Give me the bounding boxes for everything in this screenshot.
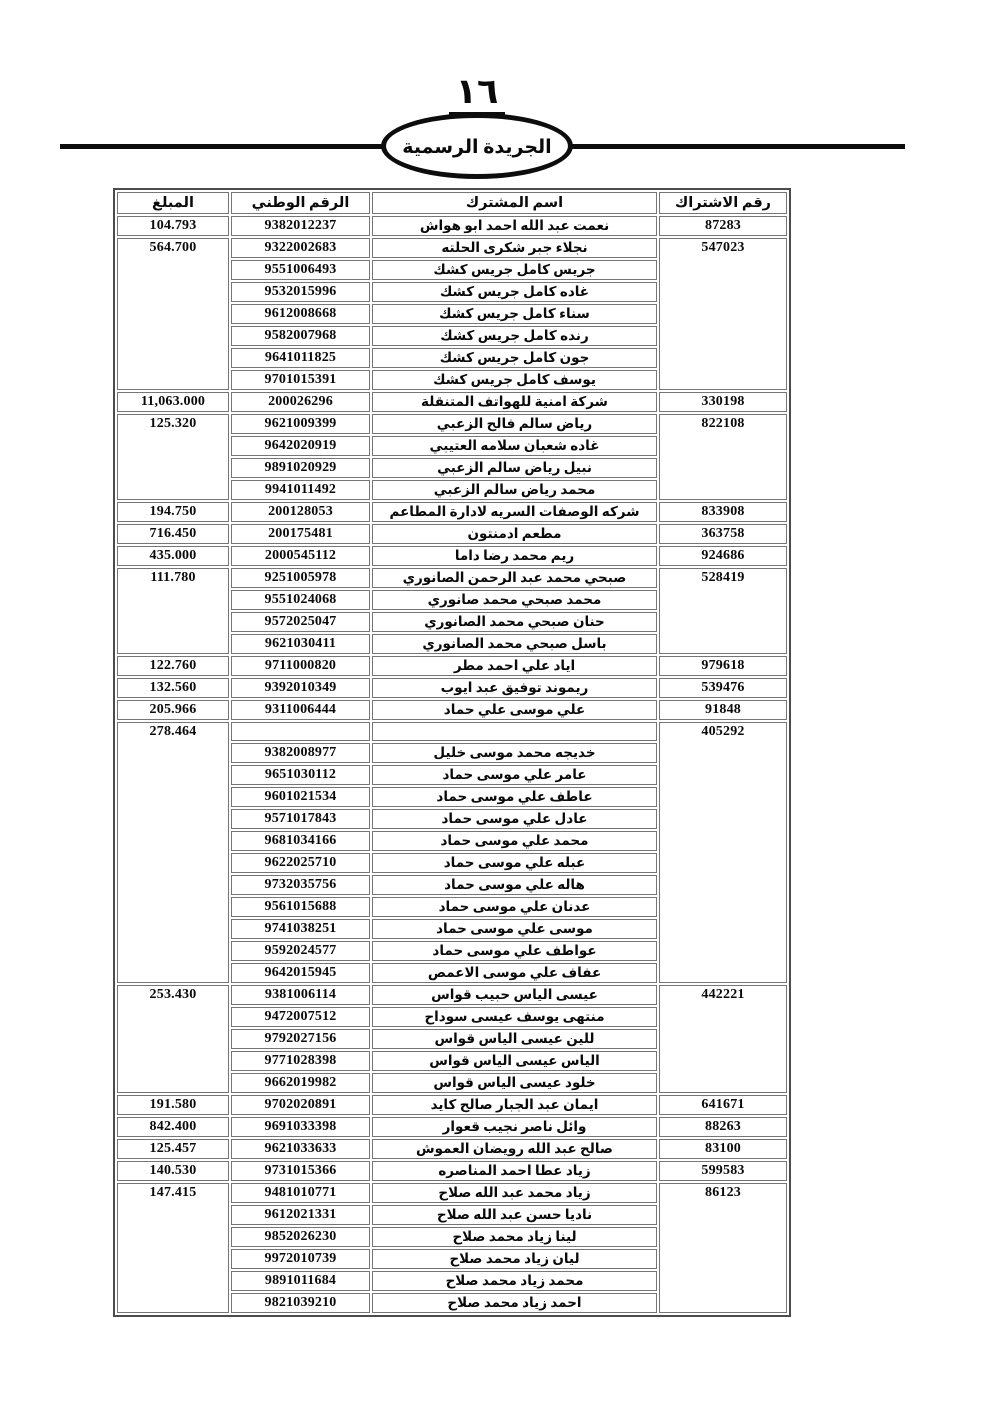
subscription-no-cell: 539476 — [659, 678, 787, 698]
subscriber-name-cell: احمد زياد محمد صلاح — [372, 1293, 657, 1313]
subscriber-name-cell: سناء كامل جريس كشك — [372, 304, 657, 324]
national-id-cell: 9651030112 — [231, 765, 370, 785]
amount-cell: 147.415 — [117, 1183, 229, 1313]
subscriber-name-cell: منتهى يوسف عيسى سوداح — [372, 1007, 657, 1027]
table-row: 528419صبحي محمد عبد الرحمن الصانوري92510… — [117, 568, 787, 588]
subscriber-name-cell: عادل علي موسى حماد — [372, 809, 657, 829]
national-id-cell: 2000545112 — [231, 546, 370, 566]
national-id-cell: 9382008977 — [231, 743, 370, 763]
subscription-no-cell: 641671 — [659, 1095, 787, 1115]
subscriber-name-cell — [372, 722, 657, 741]
subscriber-name-cell: زياد محمد عبد الله صلاح — [372, 1183, 657, 1203]
national-id-cell: 9821039210 — [231, 1293, 370, 1313]
table-row: 979618اياد علي احمد مطر9711000820122.760 — [117, 656, 787, 676]
subscriber-name-cell: اياد علي احمد مطر — [372, 656, 657, 676]
amount-cell: 435.000 — [117, 546, 229, 566]
table-row: 330198شركة امنية للهواتف المتنقلة2000262… — [117, 392, 787, 412]
table-row: 91848علي موسى علي حماد9311006444205.966 — [117, 700, 787, 720]
table-row: 833908شركه الوصفات السريه لادارة المطاعم… — [117, 502, 787, 522]
amount-cell: 842.400 — [117, 1117, 229, 1137]
col-header-amount: المبلغ — [117, 192, 229, 214]
subscriber-name-cell: عواطف علي موسى حماد — [372, 941, 657, 961]
subscriber-name-cell: ناديا حسن عبد الله صلاح — [372, 1205, 657, 1225]
amount-cell: 122.760 — [117, 656, 229, 676]
national-id-cell: 9691033398 — [231, 1117, 370, 1137]
subscriber-name-cell: جون كامل جريس كشك — [372, 348, 657, 368]
national-id-cell: 9592024577 — [231, 941, 370, 961]
subscription-no-cell: 924686 — [659, 546, 787, 566]
subscriber-name-cell: شركه الوصفات السريه لادارة المطاعم — [372, 502, 657, 522]
national-id-cell: 9741038251 — [231, 919, 370, 939]
subscriber-name-cell: محمد صبحي محمد صانوري — [372, 590, 657, 610]
national-id-cell: 9582007968 — [231, 326, 370, 346]
national-id-cell: 9891020929 — [231, 458, 370, 478]
subscriber-name-cell: خلود عيسى الياس قواس — [372, 1073, 657, 1093]
amount-cell: 11,063.000 — [117, 392, 229, 412]
national-id-cell: 9891011684 — [231, 1271, 370, 1291]
national-id-cell: 9322002683 — [231, 238, 370, 258]
page-number: ١٦ — [381, 74, 573, 117]
subscriber-name-cell: شركة امنية للهواتف المتنقلة — [372, 392, 657, 412]
subscriber-name-cell: وائل ناصر نجيب قعوار — [372, 1117, 657, 1137]
gazette-page: ١٦ الجريدة الرسمية رقم الاشتراك اسم المش… — [0, 0, 1000, 1414]
national-id-cell: 9641011825 — [231, 348, 370, 368]
table-row: 539476ريموند توفيق عبد ايوب9392010349132… — [117, 678, 787, 698]
table-row: 405292278.464 — [117, 722, 787, 741]
national-id-cell: 200128053 — [231, 502, 370, 522]
subscriber-name-cell: خديجه محمد موسى خليل — [372, 743, 657, 763]
subscription-no-cell: 979618 — [659, 656, 787, 676]
national-id-cell: 9642020919 — [231, 436, 370, 456]
table-row: 442221عيسى الياس حبيب قواس9381006114253.… — [117, 985, 787, 1005]
subscriber-name-cell: نعمت عبد الله احمد ابو هواش — [372, 216, 657, 236]
national-id-cell: 9572025047 — [231, 612, 370, 632]
subscription-no-cell: 83100 — [659, 1139, 787, 1159]
subscriber-name-cell: لينا زياد محمد صلاح — [372, 1227, 657, 1247]
gazette-banner-title: الجريدة الرسمية — [402, 134, 551, 159]
table-row: 924686ريم محمد رضا داما2000545112435.000 — [117, 546, 787, 566]
subscriber-name-cell: رياض سالم فالح الزعبي — [372, 414, 657, 434]
national-id-cell: 9792027156 — [231, 1029, 370, 1049]
amount-cell: 716.450 — [117, 524, 229, 544]
subscriber-name-cell: نجلاء جبر شكرى الحلته — [372, 238, 657, 258]
subscriber-name-cell: علي موسى علي حماد — [372, 700, 657, 720]
subscriber-name-cell: باسل صبحي محمد الصانوري — [372, 634, 657, 654]
national-id-cell: 9941011492 — [231, 480, 370, 500]
subscription-no-cell: 86123 — [659, 1183, 787, 1313]
subscriber-name-cell: عدنان علي موسى حماد — [372, 897, 657, 917]
subscription-no-cell: 442221 — [659, 985, 787, 1093]
national-id-cell: 9551006493 — [231, 260, 370, 280]
national-id-cell: 9392010349 — [231, 678, 370, 698]
subscriber-name-cell: ريموند توفيق عبد ايوب — [372, 678, 657, 698]
amount-cell: 564.700 — [117, 238, 229, 390]
amount-cell: 194.750 — [117, 502, 229, 522]
amount-cell: 104.793 — [117, 216, 229, 236]
subscriber-name-cell: جريس كامل جريس كشك — [372, 260, 657, 280]
national-id-cell: 9621033633 — [231, 1139, 370, 1159]
col-header-national-id: الرقم الوطني — [231, 192, 370, 214]
amount-cell: 140.530 — [117, 1161, 229, 1181]
national-id-cell: 9612008668 — [231, 304, 370, 324]
national-id-cell: 9612021331 — [231, 1205, 370, 1225]
national-id-cell: 9532015996 — [231, 282, 370, 302]
table-row: 83100صالح عبد الله رويضان العموش96210336… — [117, 1139, 787, 1159]
subscription-no-cell: 91848 — [659, 700, 787, 720]
national-id-cell: 9662019982 — [231, 1073, 370, 1093]
national-id-cell: 9601021534 — [231, 787, 370, 807]
subscriber-name-cell: هاله علي موسى حماد — [372, 875, 657, 895]
table-row: 641671ايمان عبد الجبار صالح كايد97020208… — [117, 1095, 787, 1115]
national-id-cell: 9621030411 — [231, 634, 370, 654]
national-id-cell — [231, 722, 370, 741]
table-row: 86123زياد محمد عبد الله صلاح948101077114… — [117, 1183, 787, 1203]
amount-cell: 253.430 — [117, 985, 229, 1093]
subscriber-name-cell: محمد رياض سالم الزعبي — [372, 480, 657, 500]
national-id-cell: 9622025710 — [231, 853, 370, 873]
subscription-no-cell: 547023 — [659, 238, 787, 390]
subscriber-name-cell: غاده كامل جريس كشك — [372, 282, 657, 302]
subscriber-name-cell: صالح عبد الله رويضان العموش — [372, 1139, 657, 1159]
col-header-subscription-no: رقم الاشتراك — [659, 192, 787, 214]
national-id-cell: 9642015945 — [231, 963, 370, 983]
col-header-subscriber-name: اسم المشترك — [372, 192, 657, 214]
subscriber-name-cell: رنده كامل جريس كشك — [372, 326, 657, 346]
national-id-cell: 9551024068 — [231, 590, 370, 610]
national-id-cell: 9561015688 — [231, 897, 370, 917]
subscription-no-cell: 822108 — [659, 414, 787, 500]
subscription-no-cell: 599583 — [659, 1161, 787, 1181]
subscriber-name-cell: عاطف علي موسى حماد — [372, 787, 657, 807]
subscribers-table-body: 87283نعمت عبد الله احمد ابو هواش93820122… — [117, 216, 787, 1313]
national-id-cell: 9711000820 — [231, 656, 370, 676]
subscription-no-cell: 330198 — [659, 392, 787, 412]
national-id-cell: 200175481 — [231, 524, 370, 544]
subscriber-name-cell: محمد زياد محمد صلاح — [372, 1271, 657, 1291]
subscriber-name-cell: للين عيسى الياس قواس — [372, 1029, 657, 1049]
subscriber-name-cell: ايمان عبد الجبار صالح كايد — [372, 1095, 657, 1115]
amount-cell: 125.320 — [117, 414, 229, 500]
table-row: 822108رياض سالم فالح الزعبي9621009399125… — [117, 414, 787, 434]
subscription-no-cell: 405292 — [659, 722, 787, 983]
subscription-no-cell: 87283 — [659, 216, 787, 236]
subscriber-name-cell: عامر علي موسى حماد — [372, 765, 657, 785]
amount-cell: 125.457 — [117, 1139, 229, 1159]
national-id-cell: 9381006114 — [231, 985, 370, 1005]
amount-cell: 278.464 — [117, 722, 229, 983]
amount-cell: 132.560 — [117, 678, 229, 698]
national-id-cell: 9731015366 — [231, 1161, 370, 1181]
national-id-cell: 9852026230 — [231, 1227, 370, 1247]
national-id-cell: 200026296 — [231, 392, 370, 412]
subscribers-table: رقم الاشتراك اسم المشترك الرقم الوطني ال… — [113, 188, 791, 1317]
amount-cell: 111.780 — [117, 568, 229, 654]
subscription-no-cell: 363758 — [659, 524, 787, 544]
national-id-cell: 9972010739 — [231, 1249, 370, 1269]
table-row: 599583زياد عطا احمد المناصره973101536614… — [117, 1161, 787, 1181]
national-id-cell: 9481010771 — [231, 1183, 370, 1203]
subscription-no-cell: 833908 — [659, 502, 787, 522]
national-id-cell: 9571017843 — [231, 809, 370, 829]
subscription-no-cell: 528419 — [659, 568, 787, 654]
subscriber-name-cell: حنان صبحي محمد الصانوري — [372, 612, 657, 632]
table-row: 87283نعمت عبد الله احمد ابو هواش93820122… — [117, 216, 787, 236]
subscriber-name-cell: يوسف كامل جريس كشك — [372, 370, 657, 390]
gazette-banner-ellipse: الجريدة الرسمية — [381, 113, 573, 179]
national-id-cell: 9681034166 — [231, 831, 370, 851]
subscriber-name-cell: الياس عيسى الياس قواس — [372, 1051, 657, 1071]
page-number-text: ١٦ — [449, 74, 506, 117]
national-id-cell: 9732035756 — [231, 875, 370, 895]
table-row: 547023نجلاء جبر شكرى الحلته9322002683564… — [117, 238, 787, 258]
national-id-cell: 9311006444 — [231, 700, 370, 720]
national-id-cell: 9771028398 — [231, 1051, 370, 1071]
subscriber-name-cell: ليان زياد محمد صلاح — [372, 1249, 657, 1269]
amount-cell: 191.580 — [117, 1095, 229, 1115]
subscriber-name-cell: نبيل رياض سالم الزعبي — [372, 458, 657, 478]
subscriber-name-cell: ريم محمد رضا داما — [372, 546, 657, 566]
amount-cell: 205.966 — [117, 700, 229, 720]
table-header-row: رقم الاشتراك اسم المشترك الرقم الوطني ال… — [117, 192, 787, 214]
subscriber-name-cell: زياد عطا احمد المناصره — [372, 1161, 657, 1181]
subscriber-name-cell: عفاف علي موسى الاعمص — [372, 963, 657, 983]
national-id-cell: 9621009399 — [231, 414, 370, 434]
subscriber-name-cell: موسى علي موسى حماد — [372, 919, 657, 939]
subscriber-name-cell: عيسى الياس حبيب قواس — [372, 985, 657, 1005]
subscription-no-cell: 88263 — [659, 1117, 787, 1137]
subscriber-name-cell: محمد علي موسى حماد — [372, 831, 657, 851]
national-id-cell: 9251005978 — [231, 568, 370, 588]
subscriber-name-cell: عبله علي موسى حماد — [372, 853, 657, 873]
subscriber-name-cell: غاده شعبان سلامه العتيبي — [372, 436, 657, 456]
subscriber-name-cell: مطعم ادمنتون — [372, 524, 657, 544]
national-id-cell: 9702020891 — [231, 1095, 370, 1115]
national-id-cell: 9701015391 — [231, 370, 370, 390]
national-id-cell: 9472007512 — [231, 1007, 370, 1027]
national-id-cell: 9382012237 — [231, 216, 370, 236]
subscriber-name-cell: صبحي محمد عبد الرحمن الصانوري — [372, 568, 657, 588]
table-row: 363758مطعم ادمنتون200175481716.450 — [117, 524, 787, 544]
table-row: 88263وائل ناصر نجيب قعوار9691033398842.4… — [117, 1117, 787, 1137]
